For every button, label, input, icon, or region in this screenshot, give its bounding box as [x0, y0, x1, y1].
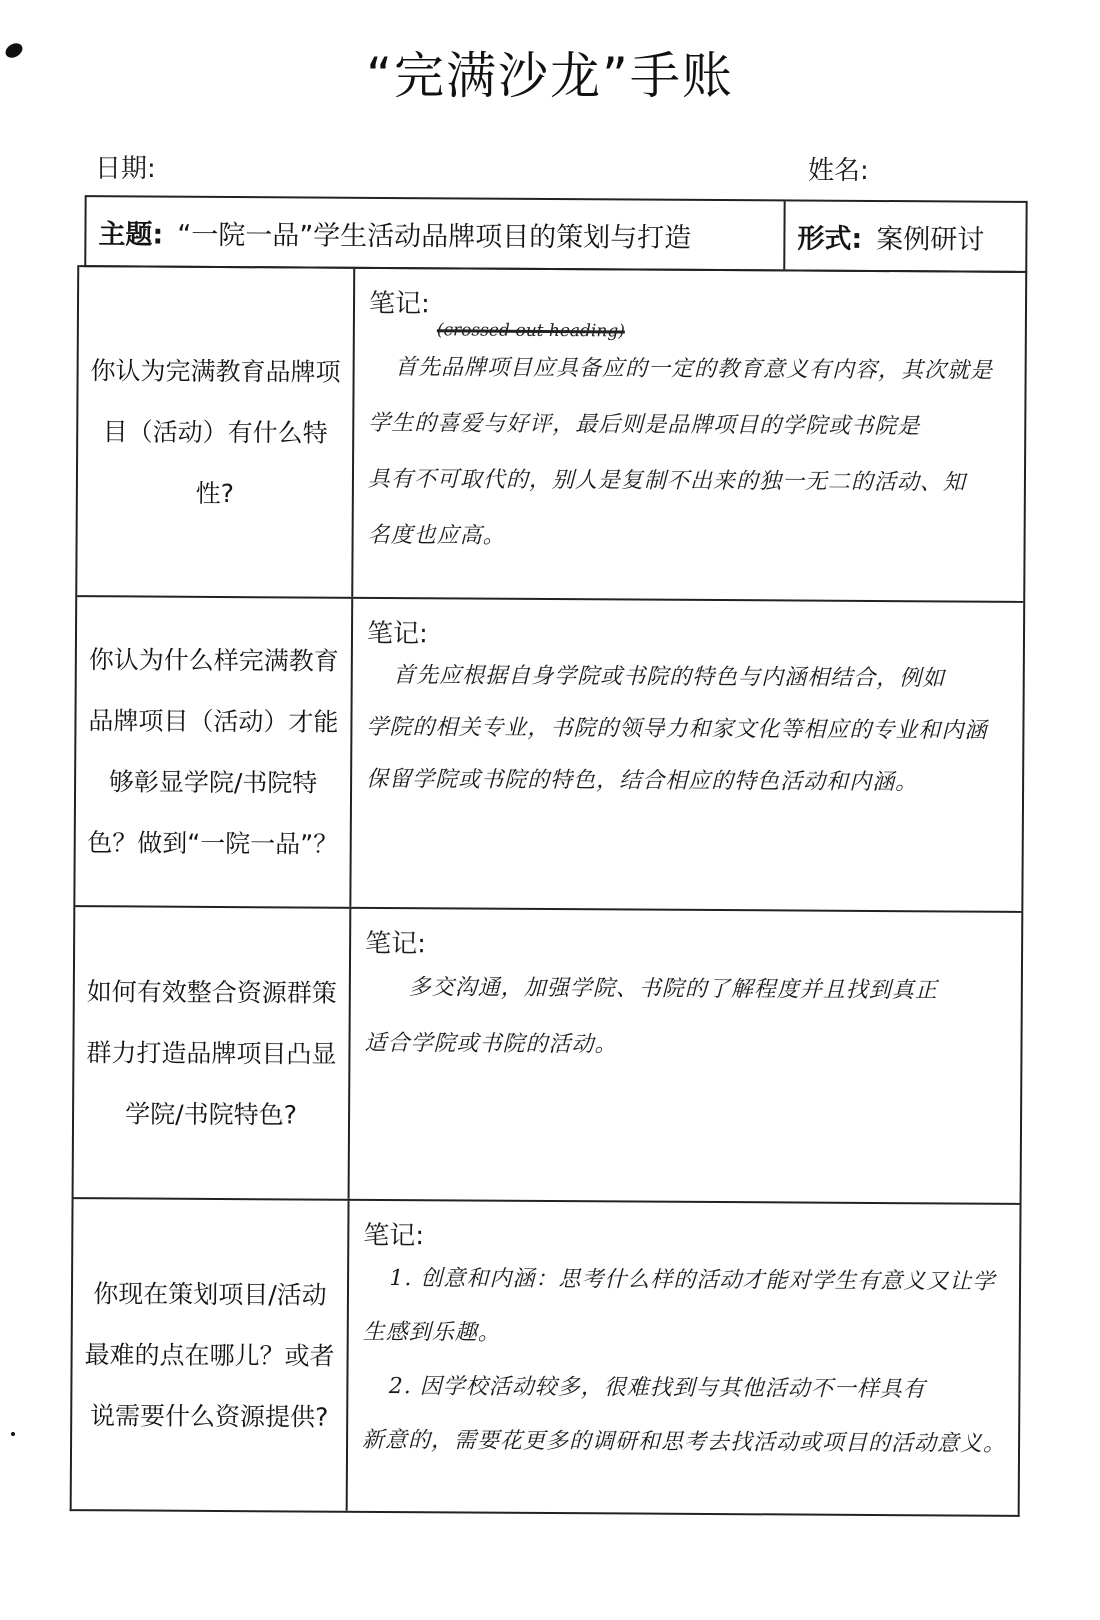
topic-value: “一院一品”学生活动品牌项目的策划与打造: [177, 212, 691, 254]
answer-line: 2. 因学校活动较多，很难找到与其他活动不一样具有: [362, 1360, 1008, 1418]
format-value: 案例研讨: [876, 216, 984, 256]
handwritten-answer: 首先应根据自身学院或书院的特色与内涵相结合，例如 学院的相关专业，书院的领导力和…: [366, 650, 1013, 810]
notes-label: 笔记:: [369, 289, 430, 319]
topic-label: 主题:: [98, 212, 163, 251]
notes-label: 笔记:: [365, 929, 426, 959]
qa-row: 如何有效整合资源群策群力打造品牌项目凸显学院/书院特色? 笔记: 多交沟通，加强…: [74, 905, 1022, 1203]
format-label: 形式:: [797, 216, 862, 255]
qa-row: 你认为什么样完满教育品牌项目（活动）才能够彰显学院/书院特色？做到“一院一品”？…: [75, 595, 1023, 911]
crossed-out-text: (crossed-out heading): [437, 320, 625, 341]
qa-row: 你认为完满教育品牌项目（活动）有什么特性? 笔记: (crossed-out h…: [77, 265, 1025, 601]
format-cell: 形式: 案例研讨: [785, 201, 1025, 270]
answer-line: 具有不可取代的，别人是复制不出来的独一无二的活动、知: [368, 452, 1014, 512]
answer-line: 多交沟通，加强学院、书院的了解程度并且找到真正: [365, 960, 1011, 1020]
question-cell: 如何有效整合资源群策群力打造品牌项目凸显学院/书院特色?: [74, 907, 352, 1199]
qa-table: 你认为完满教育品牌项目（活动）有什么特性? 笔记: (crossed-out h…: [70, 265, 1028, 1517]
handwritten-answer: 多交沟通，加强学院、书院的了解程度并且找到真正 适合学院或书院的活动。: [364, 960, 1011, 1076]
handwritten-answer: 1. 创意和内涵：思考什么样的活动才能对学生有意义又让学 生感到乐趣。 2. 因…: [362, 1252, 1009, 1472]
question-cell: 你认为完满教育品牌项目（活动）有什么特性?: [77, 267, 355, 597]
question-cell: 你现在策划项目/活动最难的点在哪儿？或者说需要什么资源提供?: [72, 1199, 350, 1511]
topic-cell: 主题: “一院一品”学生活动品牌项目的策划与打造: [86, 197, 785, 269]
notes-cell[interactable]: 笔记: (crossed-out heading) 首先品牌项目应具备应的一定的…: [353, 269, 1025, 601]
answer-line: 新意的，需要花更多的调研和思考去找活动或项目的活动意义。: [362, 1414, 1008, 1472]
notes-cell[interactable]: 笔记: 首先应根据自身学院或书院的特色与内涵相结合，例如 学院的相关专业，书院的…: [351, 599, 1023, 911]
question-cell: 你认为什么样完满教育品牌项目（活动）才能够彰显学院/书院特色？做到“一院一品”？: [75, 597, 353, 907]
notes-label: 笔记:: [363, 1221, 424, 1251]
qa-row: 你现在策划项目/活动最难的点在哪儿？或者说需要什么资源提供? 笔记: 1. 创意…: [72, 1197, 1020, 1515]
form-header-row: 主题: “一院一品”学生活动品牌项目的策划与打造 形式: 案例研讨: [84, 195, 1027, 273]
form-sheet: 主题: “一院一品”学生活动品牌项目的策划与打造 形式: 案例研讨 你认为完满教…: [0, 0, 1100, 1620]
answer-line: 生感到乐趣。: [363, 1306, 1009, 1364]
notes-label: 笔记:: [367, 619, 428, 649]
notes-cell[interactable]: 笔记: 1. 创意和内涵：思考什么样的活动才能对学生有意义又让学 生感到乐趣。 …: [348, 1201, 1020, 1515]
notes-cell[interactable]: 笔记: 多交沟通，加强学院、书院的了解程度并且找到真正 适合学院或书院的活动。: [350, 909, 1022, 1203]
answer-line: 学院的相关专业，书院的领导力和家文化等相应的专业和内涵: [366, 702, 1012, 758]
handwritten-answer: 首先品牌项目应具备应的一定的教育意义有内容，其次就是 学生的喜爱与好评，最后则是…: [367, 340, 1014, 568]
answer-line: 适合学院或书院的活动。: [364, 1016, 1010, 1076]
answer-line: 首先品牌项目应具备应的一定的教育意义有内容，其次就是: [368, 340, 1014, 400]
answer-line: 学生的喜爱与好评，最后则是品牌项目的学院或书院是: [368, 396, 1014, 456]
answer-line: 名度也应高。: [367, 508, 1013, 568]
answer-line: 保留学院或书院的特色，结合相应的特色活动和内涵。: [366, 754, 1012, 810]
answer-line: 1. 创意和内涵：思考什么样的活动才能对学生有意义又让学: [363, 1252, 1009, 1310]
answer-line: 首先应根据自身学院或书院的特色与内涵相结合，例如: [367, 650, 1013, 706]
